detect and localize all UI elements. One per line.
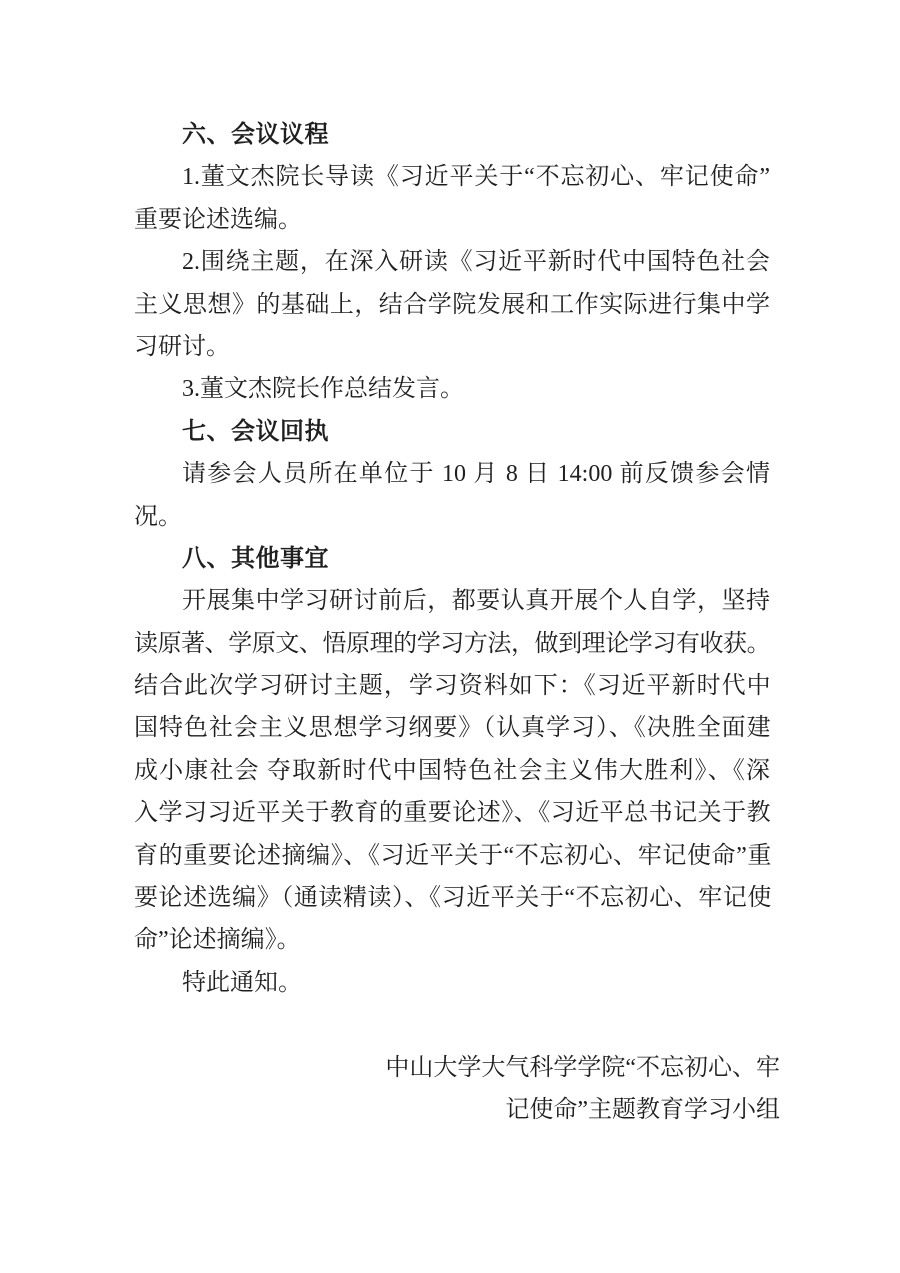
- other-matters-line-5: 成小康社会 夺取新时代中国特色社会主义伟大胜利》、《深: [134, 750, 770, 792]
- agenda-item-1-line-2: 重要论述选编。: [134, 199, 770, 241]
- other-matters-line-6: 入学习习近平关于教育的重要论述》、《习近平总书记关于教: [134, 792, 770, 834]
- heading-meeting-agenda: 六、会议议程: [134, 114, 770, 156]
- other-matters-line-8: 要论述选编》（通读精读）、《习近平关于“不忘初心、牢记使: [134, 877, 770, 919]
- other-matters-line-1: 开展集中学习研讨前后，都要认真开展个人自学，坚持: [134, 580, 770, 622]
- other-matters-line-4: 国特色社会主义思想学习纲要》（认真学习）、《决胜全面建: [134, 707, 770, 749]
- reply-paragraph-line-1: 请参会人员所在单位于 10 月 8 日 14:00 前反馈参会情: [134, 453, 770, 495]
- document-body: 六、会议议程 1.董文杰院长导读《习近平关于“不忘初心、牢记使命” 重要论述选编…: [0, 0, 900, 1131]
- agenda-item-2-line-1: 2.围绕主题，在深入研读《习近平新时代中国特色社会: [134, 241, 770, 283]
- signature-line-1: 中山大学大气科学学院“不忘初心、牢: [134, 1047, 780, 1089]
- heading-other-matters: 八、其他事宜: [134, 538, 770, 580]
- other-matters-line-2: 读原著、学原文、悟原理的学习方法，做到理论学习有收获。: [134, 623, 770, 665]
- closing-line: 特此通知。: [134, 962, 770, 1004]
- agenda-item-2-line-2: 主义思想》的基础上，结合学院发展和工作实际进行集中学: [134, 284, 770, 326]
- agenda-item-2-line-3: 习研讨。: [134, 326, 770, 368]
- reply-paragraph-line-2: 况。: [134, 496, 770, 538]
- other-matters-line-7: 育的重要论述摘编》、《习近平关于“不忘初心、牢记使命”重: [134, 835, 770, 877]
- agenda-item-1-line-1: 1.董文杰院长导读《习近平关于“不忘初心、牢记使命”: [134, 156, 770, 198]
- document-page: 六、会议议程 1.董文杰院长导读《习近平关于“不忘初心、牢记使命” 重要论述选编…: [0, 0, 900, 1273]
- other-matters-line-3: 结合此次学习研讨主题，学习资料如下：《习近平新时代中: [134, 665, 770, 707]
- heading-meeting-reply: 七、会议回执: [134, 411, 770, 453]
- signature-line-2: 记使命”主题教育学习小组: [134, 1089, 780, 1131]
- agenda-item-3: 3.董文杰院长作总结发言。: [134, 368, 770, 410]
- blank-line: [134, 1004, 770, 1046]
- other-matters-line-9: 命”论述摘编》。: [134, 919, 770, 961]
